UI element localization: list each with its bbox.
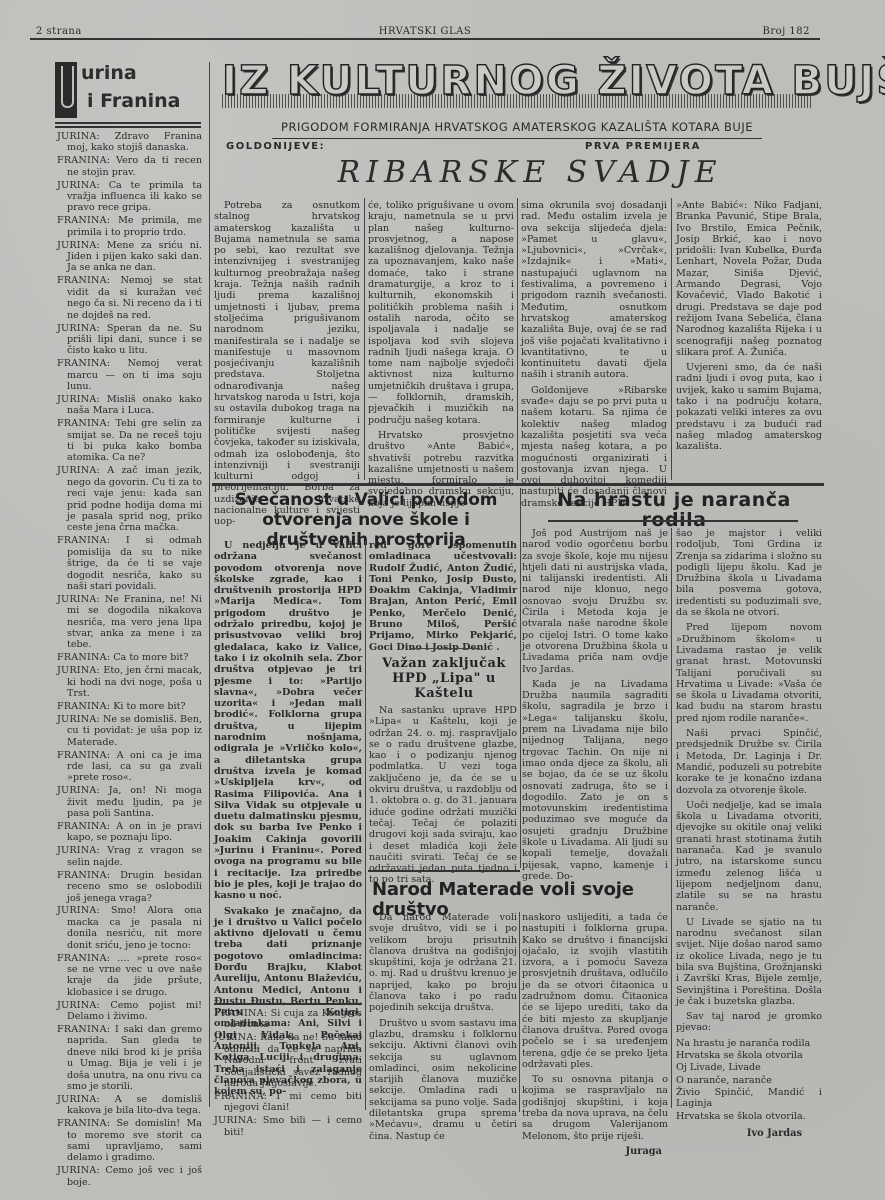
- divider: [214, 1003, 362, 1005]
- dialogue-line: JURINA: Ne Franina, ne! Ni mi se dogodil…: [57, 594, 202, 651]
- play-title: RIBARSKE SVADJE: [320, 155, 740, 190]
- column-divider: [671, 198, 672, 480]
- logo-line1: urina: [81, 62, 137, 84]
- dialogue-line: FRANINA: A on in je pravi kapo, se pozna…: [57, 821, 202, 844]
- dialogue-line: JURINA: Cemo pojist mi! Delamo i živimo.: [57, 1000, 202, 1023]
- paragraph: sima okrunila svoj dosadanji rad. Među o…: [521, 200, 667, 381]
- dialogue-line: JURINA: Ja, on! Ni moga živit među ljudi…: [57, 785, 202, 819]
- livade-headline: Na hrastu je naranča rodila: [526, 490, 822, 530]
- section-subheadline: PRIGODOM FORMIRANJA HRVATSKOG AMATERSKOG…: [272, 120, 762, 139]
- dialogue-line: FRANINA: Nemoj se stat vidit da si kuraž…: [57, 275, 202, 321]
- dialogue-line: JURINA: Cemo još vec i još boje.: [57, 1165, 202, 1188]
- materada-signature: Juraga: [522, 1146, 668, 1157]
- speaker-name: JURINA:: [57, 905, 100, 916]
- dialogue-line: JURINA: Ca te primila ta vražja influenc…: [57, 180, 202, 214]
- paragraph: U nedjelju je u Valici održana svečanost…: [214, 540, 362, 902]
- dialogue-line: JURINA: Smo! Alora ona macka ca je pasal…: [57, 905, 202, 951]
- newspaper-title: HRVATSKI GLAS: [30, 26, 820, 37]
- dialogue-line: JURINA: Zdravo Franina moj, kako stojiš …: [57, 131, 202, 154]
- speaker-name: JURINA:: [57, 714, 100, 725]
- dialogue-line: FRANINA: A oni ca je ima rde lasi, ca su…: [57, 750, 202, 784]
- divider: [368, 870, 520, 872]
- dialogue-line: FRANINA: Vero da ti recen ne stojin prav…: [57, 155, 202, 178]
- paragraph: red gore spomenutih omladinaca učestvova…: [369, 540, 517, 653]
- dialogue-line: FRANINA: I saki dan gremo naprida. San g…: [57, 1024, 202, 1092]
- speaker-name: JURINA:: [57, 131, 100, 142]
- speaker-name: JURINA:: [214, 1115, 257, 1126]
- dialogue-text: Ki to more bit?: [113, 701, 185, 712]
- paragraph: »Ante Babić«: Niko Fadjani, Branka Pavun…: [676, 200, 822, 358]
- paragraph: Na sastanku uprave HPD »Lipa« u Kaštelu,…: [369, 705, 517, 886]
- speaker-name: FRANINA:: [57, 652, 110, 663]
- paragraph: Društvo u svom sastavu ima glazbu, drams…: [369, 1018, 517, 1142]
- speaker-name: JURINA:: [57, 665, 100, 676]
- dialogue-line: FRANINA: Ki to more bit?: [57, 701, 202, 712]
- headline-hatch-decoration: [222, 94, 812, 108]
- lipa-body: Na sastanku uprave HPD »Lipa« u Kaštelu,…: [369, 705, 517, 890]
- materada-col-2: naskoro uslijediti, a tada će nastupiti …: [522, 912, 668, 1157]
- paragraph: Sav taj narod je gromko pjevao:: [676, 1011, 822, 1034]
- dialogue-line: FRANINA: …. »prete roso« se ne vrne vec …: [57, 953, 202, 999]
- dialogue-text: Ca to more bit?: [113, 652, 188, 663]
- main-article-col-2: će, toliko prigušivane u ovom kraju, nam…: [368, 200, 514, 513]
- masthead: 2 strana HRVATSKI GLAS Broj 182: [30, 20, 820, 40]
- dialogue-line: FRANINA: I si odmah pomislija da su to n…: [57, 535, 202, 592]
- dialogue-line: JURINA: Vrag z vragon se selin najde.: [57, 845, 202, 868]
- section-divider: [212, 483, 824, 486]
- speaker-name: FRANINA:: [57, 750, 110, 761]
- dialogue-line: JURINA: A se domisliš kakova je bila lit…: [57, 1094, 202, 1117]
- column-divider: [209, 62, 210, 1107]
- paragraph: Uvjereni smo, da će naši radni ljudi i o…: [676, 362, 822, 452]
- paragraph: Da narod Materade voli svoje društvo, vi…: [369, 912, 517, 1014]
- dialogue-line: FRANINA: Drugin besidan receno smo se os…: [57, 870, 202, 904]
- dialogue-line: FRANINA: I mi cemo biti njegovi člani!: [214, 1091, 362, 1114]
- dialogue-line: FRANINA: Tebi gre selin za smijat se. Da…: [57, 418, 202, 464]
- paragraph: Naši prvaci Spinčić, predsjednik Družbe …: [676, 728, 822, 796]
- column-divider: [520, 488, 521, 868]
- paragraph: naskoro uslijediti, a tada će nastupiti …: [522, 912, 668, 1070]
- paragraph: će, toliko prigušivane u ovom kraju, nam…: [368, 200, 514, 426]
- column-divider: [519, 912, 520, 1112]
- speaker-name: JURINA:: [57, 845, 100, 856]
- speaker-name: FRANINA:: [57, 953, 110, 964]
- column-divider: [364, 198, 365, 480]
- kicker-left: GOLDONIJEVE:: [226, 141, 325, 152]
- paragraph: Još pod Austrijom naš je narod vodio ogo…: [522, 528, 668, 675]
- speaker-name: FRANINA:: [57, 215, 110, 226]
- dialogue-line: JURINA: Speran da ne. Su prišli lipi dan…: [57, 323, 202, 357]
- logo-line2: i Franina: [87, 90, 180, 112]
- speaker-name: FRANINA:: [214, 1091, 267, 1102]
- paragraph: Pred lijepom novom »Družbinom školom« u …: [676, 622, 822, 724]
- divider: [548, 520, 798, 522]
- speaker-name: FRANINA:: [57, 418, 110, 429]
- speaker-name: FRANINA:: [57, 1024, 110, 1035]
- main-article-col-1: Potreba za osnutkom stalnog hrvatskog am…: [214, 200, 360, 532]
- column-divider: [517, 198, 518, 480]
- speaker-name: JURINA:: [57, 1094, 100, 1105]
- poem-line: Na hrastu je naranča rodila: [676, 1038, 822, 1049]
- paragraph: Kada je na Livadama Družba naumila sagra…: [522, 679, 668, 882]
- poem-line: Oj Livade, Livade: [676, 1062, 822, 1073]
- dialogue-line: JURINA: Eto, jen črni macak, ki hodi na …: [57, 665, 202, 699]
- kicker-right: PRVA PREMIJERA: [585, 141, 701, 152]
- speaker-name: JURINA:: [57, 465, 100, 476]
- poem-line: Hrvatska se škola otvorila.: [676, 1111, 822, 1122]
- poem-line: Živio Spinčić, Mandić i Laginja: [676, 1087, 822, 1110]
- column-divider: [671, 528, 672, 1108]
- logo-divider: [55, 122, 201, 128]
- speaker-name: JURINA:: [57, 180, 100, 191]
- newspaper-page: 2 strana HRVATSKI GLAS Broj 182 urina i …: [0, 0, 885, 1200]
- speaker-name: FRANINA:: [57, 155, 110, 166]
- speaker-name: FRANINA:: [214, 1008, 267, 1019]
- dialogue-column: JURINA: Zdravo Franina moj, kako stojiš …: [57, 131, 202, 1190]
- livade-col-1: Još pod Austrijom naš je narod vodio ogo…: [522, 528, 668, 886]
- paragraph: Uoči nedjelje, kad se imala škola u Liva…: [676, 800, 822, 913]
- speaker-name: JURINA:: [57, 240, 100, 251]
- speaker-name: JURINA:: [214, 1032, 257, 1043]
- speaker-name: JURINA:: [57, 594, 100, 605]
- dialogue-line: JURINA: Ne se domisliš. Ben, cu ti povid…: [57, 714, 202, 748]
- speaker-name: JURINA:: [57, 1000, 100, 1011]
- paragraph: To su osnovna pitanja o kojima se raspra…: [522, 1074, 668, 1142]
- livade-signature: Ivo Jardas: [676, 1128, 822, 1139]
- speaker-name: JURINA:: [57, 323, 100, 334]
- materada-col-1: Da narod Materade voli svoje društvo, vi…: [369, 912, 517, 1146]
- dialogue-line: FRANINA: Si cuja za Kongres od fronta: [214, 1008, 362, 1031]
- lipa-headline: Važan zaključak HPD „Lipa" u Kaštelu: [370, 656, 518, 701]
- logo-letter-j: [55, 62, 77, 118]
- dialogue-line: FRANINA: Nemoj verat marcu — on ti ima s…: [57, 358, 202, 392]
- livade-col-2: šao je majstor i veliki rodoljub, Toni G…: [676, 528, 822, 1139]
- divider: [410, 648, 480, 649]
- speaker-name: JURINA:: [57, 785, 100, 796]
- speaker-name: FRANINA:: [57, 701, 110, 712]
- speaker-name: FRANINA:: [57, 535, 110, 546]
- dialogue-line: JURINA: Mene za sriću ni. Jiden i pijen …: [57, 240, 202, 274]
- speaker-name: FRANINA:: [57, 821, 110, 832]
- dialogue-line: FRANINA: Me primila, me primila i to pro…: [57, 215, 202, 238]
- speaker-name: JURINA:: [57, 394, 100, 405]
- poem-line: Hrvatska se škola otvorila: [676, 1050, 822, 1061]
- main-article-col-3: sima okrunila svoj dosadanji rad. Među o…: [521, 200, 667, 513]
- speaker-name: FRANINA:: [57, 870, 110, 881]
- valica-col-2: red gore spomenutih omladinaca učestvova…: [369, 540, 517, 657]
- dialogue-line: JURINA: Smo bili — i cemo biti!: [214, 1115, 362, 1138]
- dialogue-line: JURINA: Misliš onako kako naša Mara i Lu…: [57, 394, 202, 417]
- speaker-name: JURINA:: [57, 1165, 100, 1176]
- main-article-col-4: »Ante Babić«: Niko Fadjani, Branka Pavun…: [676, 200, 822, 457]
- speaker-name: FRANINA:: [57, 358, 110, 369]
- issue-number: Broj 182: [762, 26, 810, 37]
- dialogue-line: FRANINA: Ca to more bit?: [57, 652, 202, 663]
- dialogue-line: JURINA: A zač iman jezik, nego da govori…: [57, 465, 202, 533]
- column-divider: [365, 540, 366, 1110]
- poem-line: O naranče, naranče: [676, 1075, 822, 1086]
- speaker-name: FRANINA:: [57, 1118, 110, 1129]
- dialogue-continued: FRANINA: Si cuja za Kongres od frontaJUR…: [214, 1008, 362, 1139]
- dialogue-line: JURINA: Kako da ne! Su tamo odlucili da …: [214, 1032, 362, 1089]
- jurina-franina-logo: urina i Franina: [55, 62, 205, 120]
- song-lyrics: Na hrastu je naranča rodila Hrvatska se …: [676, 1038, 822, 1122]
- speaker-name: FRANINA:: [57, 275, 110, 286]
- paragraph: šao je majstor i veliki rodoljub, Toni G…: [676, 528, 822, 618]
- paragraph: Potreba za osnutkom stalnog hrvatskog am…: [214, 200, 360, 528]
- paragraph: U Livade se sjatio na tu narodnu svečano…: [676, 917, 822, 1007]
- dialogue-line: FRANINA: Se domislin! Ma to moremo sve s…: [57, 1118, 202, 1164]
